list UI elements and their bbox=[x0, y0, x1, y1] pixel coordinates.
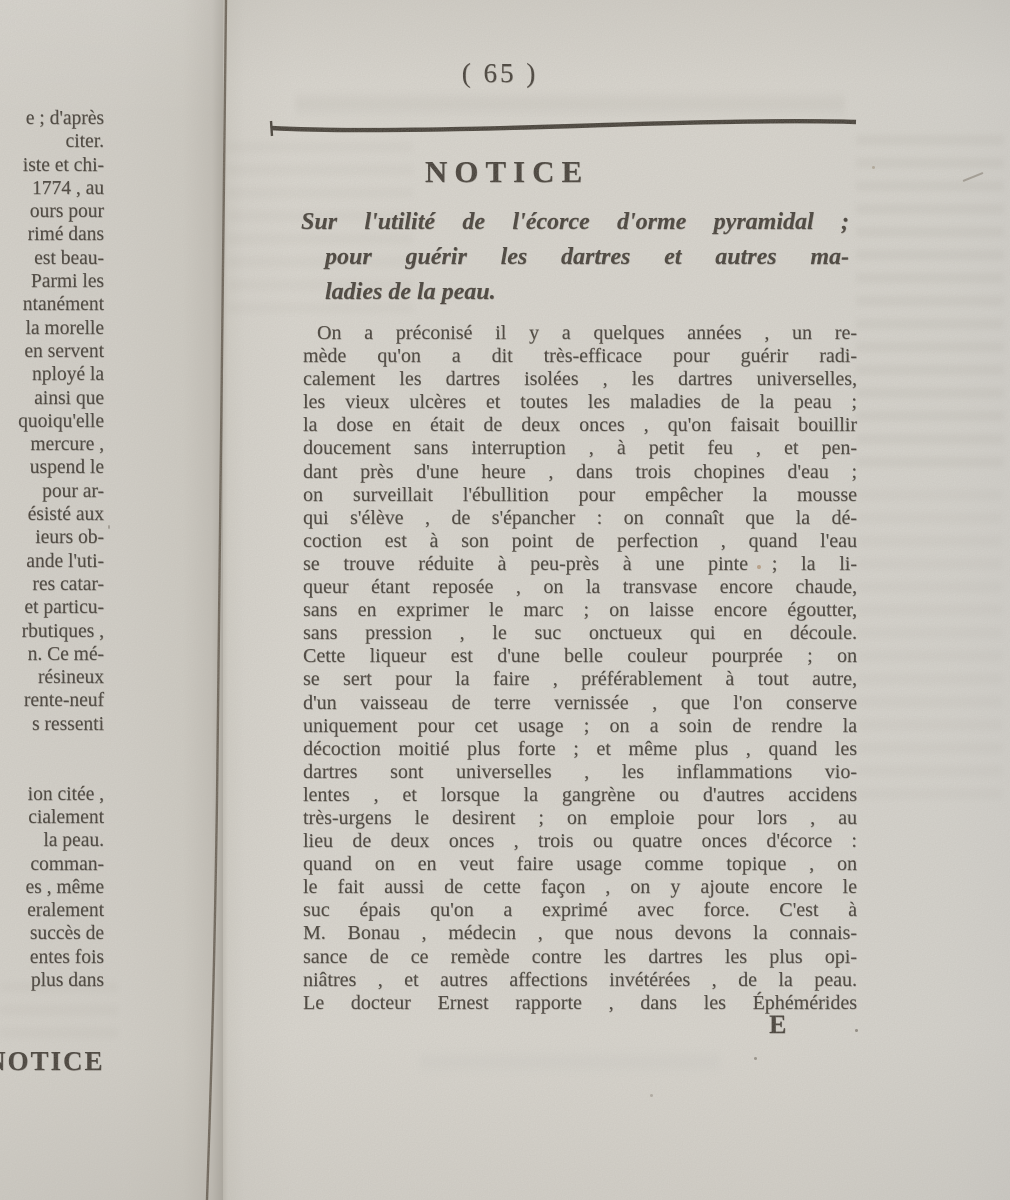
body-text-line: sance de ce remède contre les dartres le… bbox=[303, 946, 857, 969]
fragment-line: ésisté aux bbox=[0, 503, 104, 526]
facing-page-catchword: NOTICE bbox=[0, 1046, 105, 1077]
fragment-line: ande l'uti- bbox=[0, 550, 104, 573]
body-text-line: le fait aussi de cette façon , on y ajou… bbox=[303, 876, 857, 899]
body-text-line: lentes , et lorsque la gangrène ou d'aut… bbox=[303, 784, 857, 807]
fragment-line: résineux bbox=[0, 666, 104, 689]
fragment-line: cialement bbox=[0, 806, 104, 829]
body-text-line: queur étant reposée , on la transvase en… bbox=[303, 576, 857, 599]
body-text-line: suc épais qu'on a exprimé avec force. C'… bbox=[303, 899, 857, 922]
subtitle-line: Sur l'utilité de l'écorce d'orme pyramid… bbox=[301, 205, 849, 240]
body-text-line: On a préconisé il y a quelques années , … bbox=[303, 322, 857, 345]
subtitle-line: ladies de la peau. bbox=[325, 275, 849, 310]
fragment-line: plus dans bbox=[0, 969, 104, 992]
body-text-line: les vieux ulcères et toutes les maladies… bbox=[303, 391, 857, 414]
fragment-line: ieurs ob- bbox=[0, 526, 104, 549]
body-text-line: très-urgens le desirent ; on emploie pou… bbox=[303, 807, 857, 830]
fragment-line: res catar- bbox=[0, 573, 104, 596]
fragment-line: rente-neuf bbox=[0, 689, 104, 712]
fragment-line: nployé la bbox=[0, 363, 104, 386]
body-text-line: qui s'élève , de s'épancher : on connaît… bbox=[303, 507, 857, 530]
fragment-line bbox=[0, 759, 104, 782]
fragment-line: la morelle bbox=[0, 317, 104, 340]
fragment-line: iste et chi- bbox=[0, 154, 104, 177]
subtitle-line: pour guérir les dartres et autres ma- bbox=[325, 240, 849, 275]
fragment-line: en servent bbox=[0, 340, 104, 363]
body-text-line: quand on en veut faire usage comme topiq… bbox=[303, 853, 857, 876]
fragment-line: quoiqu'elle bbox=[0, 410, 104, 433]
fragment-line: rimé dans bbox=[0, 223, 104, 246]
fragment-line: 1774 , au bbox=[0, 177, 104, 200]
body-text-line: on surveillait l'ébullition pour empêche… bbox=[303, 484, 857, 507]
fragment-line: ion citée , bbox=[0, 783, 104, 806]
body-text-line: mède qu'on a dit très-efficace pour guér… bbox=[303, 345, 857, 368]
fragment-line: et particu- bbox=[0, 596, 104, 619]
body-text-line: doucement sans interruption , à petit fe… bbox=[303, 437, 857, 460]
fragment-line: n. Ce mé- bbox=[0, 643, 104, 666]
fragment-line: ntanément bbox=[0, 293, 104, 316]
fragment-line: ainsi que bbox=[0, 387, 104, 410]
body-text-line: la dose en était de deux onces , qu'on f… bbox=[303, 414, 857, 437]
body-text-line: sans pression , le suc onctueux qui en d… bbox=[303, 622, 857, 645]
body-text-line: sans en exprimer le marc ; on laisse enc… bbox=[303, 599, 857, 622]
body-text-line: coction est à son point de perfection , … bbox=[303, 530, 857, 553]
body-text-line: se trouve réduite à peu-près à une pinte… bbox=[303, 553, 857, 576]
body-text-line: se sert pour la faire , préférablement à… bbox=[303, 668, 857, 691]
fragment-line bbox=[0, 736, 104, 759]
body-text-line: décoction moitié plus forte ; et même pl… bbox=[303, 738, 857, 761]
body-text: On a préconisé il y a quelques années , … bbox=[303, 322, 857, 1015]
article-subtitle: Sur l'utilité de l'écorce d'orme pyramid… bbox=[301, 205, 849, 310]
fragment-line: rbutiques , bbox=[0, 620, 104, 643]
fragment-line: es , même bbox=[0, 876, 104, 899]
fragment-line: comman- bbox=[0, 853, 104, 876]
page-title: NOTICE bbox=[377, 154, 637, 190]
body-text-line: calement les dartres isolées , les dartr… bbox=[303, 368, 857, 391]
fragment-line: eralement bbox=[0, 899, 104, 922]
page-number: ( 65 ) bbox=[440, 58, 560, 89]
fragment-line: la peau. bbox=[0, 829, 104, 852]
fragment-line: Parmi les bbox=[0, 270, 104, 293]
body-text-line: lieu de deux onces , trois ou quatre onc… bbox=[303, 830, 857, 853]
fragment-line: pour ar- bbox=[0, 480, 104, 503]
body-text-line: Cette liqueur est d'une belle couleur po… bbox=[303, 645, 857, 668]
fragment-line: mercure , bbox=[0, 433, 104, 456]
facing-page-text-fragments: e ; d'aprèsciter.iste et chi-1774 , auou… bbox=[0, 107, 104, 992]
body-text-line: dartres sont universelles , les inflamma… bbox=[303, 761, 857, 784]
fragment-line: s ressenti bbox=[0, 713, 104, 736]
body-text-line: uniquement pour cet usage ; on a soin de… bbox=[303, 715, 857, 738]
fragment-line: e ; d'après bbox=[0, 107, 104, 130]
body-text-line: M. Bonau , médecin , que nous devons la … bbox=[303, 922, 857, 945]
body-text-line: d'un vaisseau de terre vernissée , que l… bbox=[303, 692, 857, 715]
fragment-line: uspend le bbox=[0, 456, 104, 479]
fragment-line: succès de bbox=[0, 922, 104, 945]
body-text-line: dant près d'une heure , dans trois chopi… bbox=[303, 461, 857, 484]
book-photo: { "document": { "page_number": "( 65 )",… bbox=[0, 0, 1010, 1200]
signature-mark: E bbox=[769, 1010, 786, 1040]
fragment-line: est beau- bbox=[0, 247, 104, 270]
fragment-line: citer. bbox=[0, 130, 104, 153]
fragment-line: ours pour bbox=[0, 200, 104, 223]
fragment-line: entes fois bbox=[0, 946, 104, 969]
body-text-line: niâtres , et autres affections invétérée… bbox=[303, 969, 857, 992]
